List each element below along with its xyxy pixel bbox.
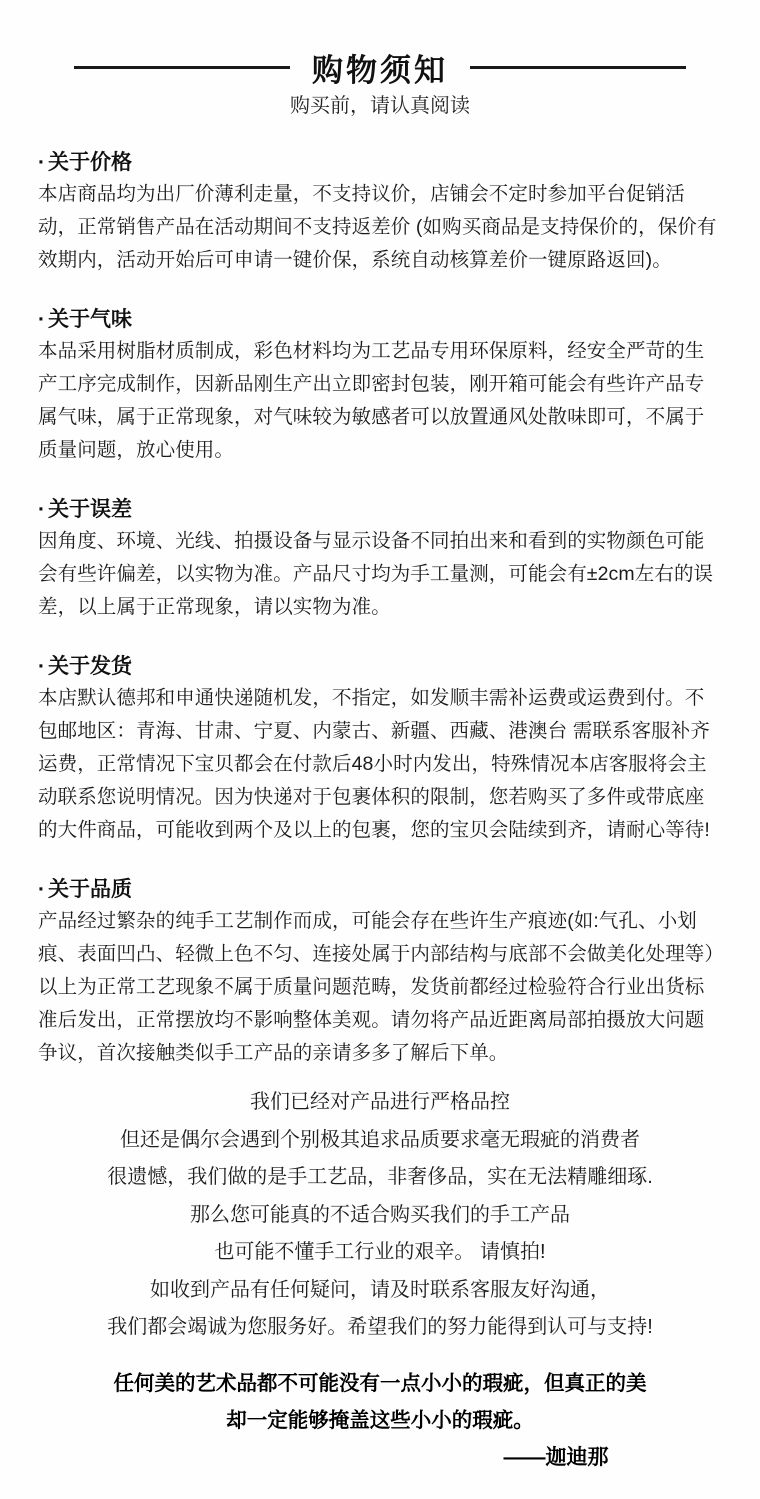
bullet-dot: · <box>38 878 45 901</box>
bullet-dot: · <box>38 151 45 174</box>
bullet-dot: · <box>38 498 45 521</box>
quote-attribution: ——迦迪那 <box>504 1443 609 1473</box>
notice-line: 也可能不懂手工行业的艰辛。 请慎拍! <box>38 1234 722 1272</box>
notice-line: 那么您可能真的不适合购买我们的手工产品 <box>38 1197 722 1235</box>
section-body-text: 本品采用树脂材质制成，彩色材料均为工艺品专用环保原料，经安全严苛的生产工序完成制… <box>38 335 722 467</box>
section-heading: ·关于气味 <box>38 305 722 335</box>
section-heading: ·关于价格 <box>38 148 722 178</box>
title-divider-right <box>470 66 686 69</box>
section-heading-text: 关于发货 <box>48 655 132 678</box>
title-divider-left <box>74 66 290 69</box>
section-tolerance: ·关于误差 因角度、环境、光线、拍摄设备与显示设备不同拍出来和看到的实物颜色可能… <box>38 495 722 624</box>
section-heading: ·关于品质 <box>38 875 722 905</box>
section-heading: ·关于发货 <box>38 652 722 682</box>
section-heading-text: 关于品质 <box>48 878 132 901</box>
notice-line: 如收到产品有任何疑问，请及时联系客服友好沟通， <box>38 1272 722 1310</box>
bullet-dot: · <box>38 308 45 331</box>
section-body-text: 本店默认德邦和申通快递随机发，不指定，如发顺丰需补运费或运费到付。不包邮地区：青… <box>38 682 722 847</box>
notice-line: 但还是偶尔会遇到个别极其追求品质要求毫无瑕疵的消费者 <box>38 1122 722 1160</box>
section-quality: ·关于品质 产品经过繁杂的纯手工艺制作而成，可能会存在些许生产痕迹(如:气孔、小… <box>38 875 722 1070</box>
closing-quote: 任何美的艺术品都不可能没有一点小小的瑕疵，但真正的美 却一定能够掩盖这些小小的瑕… <box>38 1365 722 1439</box>
quality-control-notice: 我们已经对产品进行严格品控 但还是偶尔会遇到个别极其追求品质要求毫无瑕疵的消费者… <box>38 1084 722 1347</box>
page-subtitle: 购买前，请认真阅读 <box>38 92 722 120</box>
section-body-text: 本店商品均为出厂价薄利走量，不支持议价，店铺会不定时参加平台促销活动，正常销售产… <box>38 178 722 277</box>
section-body-text: 因角度、环境、光线、拍摄设备与显示设备不同拍出来和看到的实物颜色可能会有些许偏差… <box>38 525 722 624</box>
section-smell: ·关于气味 本品采用树脂材质制成，彩色材料均为工艺品专用环保原料，经安全严苛的生… <box>38 305 722 467</box>
title-row: 购物须知 <box>74 46 686 88</box>
purchase-notice-page: 购物须知 购买前，请认真阅读 ·关于价格 本店商品均为出厂价薄利走量，不支持议价… <box>0 0 760 1499</box>
section-shipping: ·关于发货 本店默认德邦和申通快递随机发，不指定，如发顺丰需补运费或运费到付。不… <box>38 652 722 847</box>
section-body-text: 产品经过繁杂的纯手工艺制作而成，可能会存在些许生产痕迹(如:气孔、小划痕、表面凹… <box>38 905 722 1070</box>
section-heading-text: 关于气味 <box>48 308 132 331</box>
section-price: ·关于价格 本店商品均为出厂价薄利走量，不支持议价，店铺会不定时参加平台促销活动… <box>38 148 722 277</box>
notice-line: 我们已经对产品进行严格品控 <box>38 1084 722 1122</box>
quote-line: 任何美的艺术品都不可能没有一点小小的瑕疵，但真正的美 <box>38 1365 722 1402</box>
section-heading: ·关于误差 <box>38 495 722 525</box>
section-heading-text: 关于价格 <box>48 151 132 174</box>
page-title: 购物须知 <box>312 45 448 90</box>
notice-line: 我们都会竭诚为您服务好。希望我们的努力能得到认可与支持! <box>38 1309 722 1347</box>
notice-line: 很遗憾，我们做的是手工艺品，非奢侈品，实在无法精雕细琢. <box>38 1159 722 1197</box>
quote-line: 却一定能够掩盖这些小小的瑕疵。 <box>38 1402 722 1439</box>
section-heading-text: 关于误差 <box>48 498 132 521</box>
bullet-dot: · <box>38 655 45 678</box>
